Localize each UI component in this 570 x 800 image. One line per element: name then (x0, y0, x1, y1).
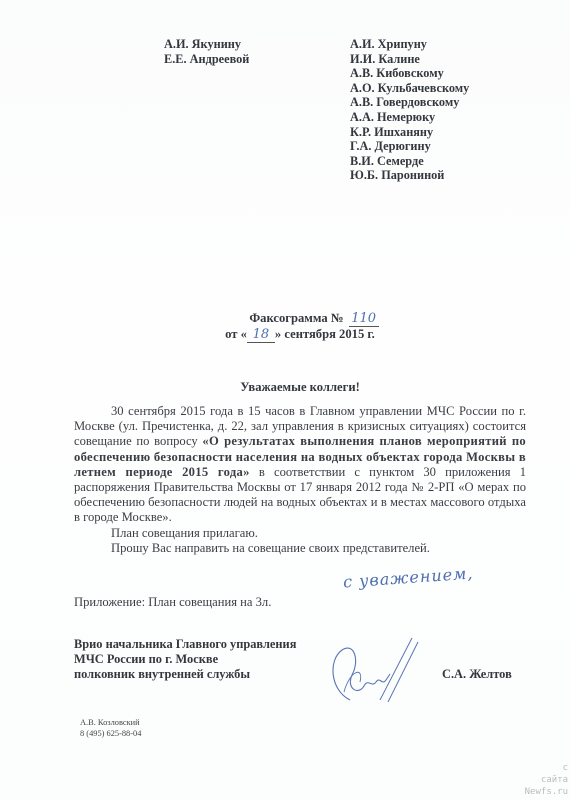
signatory-line: Врио начальника Главного управления (74, 637, 296, 652)
paragraph-main: 30 сентября 2015 года в 15 часов в Главн… (74, 404, 526, 526)
date-prefix: от « (225, 327, 247, 341)
watermark: с сайта Newfs.ru (525, 762, 568, 798)
addressee: А.О. Кульбачевскому (350, 81, 469, 96)
fax-number-line: Факсограмма № 110 (150, 311, 450, 327)
signatory-line: МЧС России по г. Москве (74, 652, 296, 667)
addressee: И.И. Калине (350, 52, 469, 67)
signatory-position: Врио начальника Главного управления МЧС … (74, 637, 296, 682)
paragraph-request: Прошу Вас направить на совещание своих п… (74, 541, 526, 556)
executor-name: А.В. Козловский (80, 717, 141, 728)
addressee: А.В. Говердовскому (350, 95, 469, 110)
letter-body: 30 сентября 2015 года в 15 часов в Главн… (74, 404, 526, 556)
executor-info: А.В. Козловский 8 (495) 625-88-04 (80, 717, 141, 739)
addressee: А.И. Якунину (164, 37, 249, 52)
watermark-line: сайта (525, 774, 568, 786)
signature-icon (320, 630, 430, 710)
fax-day-handwritten: 18 (253, 327, 270, 342)
addressees-left: А.И. Якунину Е.Е. Андреевой (164, 37, 249, 66)
fax-number-handwritten: 110 (351, 311, 376, 326)
watermark-line: с (525, 762, 568, 774)
fax-title: Факсограмма № (249, 311, 343, 325)
addressee: К.Р. Ишханяну (350, 125, 469, 140)
signatory-line: полковник внутренней службы (74, 667, 296, 682)
executor-phone: 8 (495) 625-88-04 (80, 728, 141, 739)
addressee: Е.Е. Андреевой (164, 52, 249, 67)
addressee: А.А. Немерюку (350, 110, 469, 125)
addressee: В.И. Семерде (350, 154, 469, 169)
addressee: Г.А. Дерюгину (350, 139, 469, 154)
paragraph-plan: План совещания прилагаю. (74, 526, 526, 541)
addressee: А.И. Хрипуну (350, 37, 469, 52)
salutation: Уважаемые коллеги! (150, 380, 450, 395)
date-suffix: » сентября 2015 г. (275, 327, 375, 341)
attachment-note: Приложение: План совещания на 3л. (74, 595, 271, 610)
addressee: А.В. Кибовскому (350, 66, 469, 81)
signatory-name: С.А. Желтов (442, 667, 512, 682)
addressee: Ю.Б. Парониной (350, 168, 469, 183)
fax-heading: Факсограмма № 110 от «18» сентября 2015 … (150, 311, 450, 343)
addressees-right: А.И. Хрипуну И.И. Калине А.В. Кибовскому… (350, 37, 469, 183)
fax-date-line: от «18» сентября 2015 г. (150, 327, 450, 343)
watermark-line: Newfs.ru (525, 786, 568, 798)
